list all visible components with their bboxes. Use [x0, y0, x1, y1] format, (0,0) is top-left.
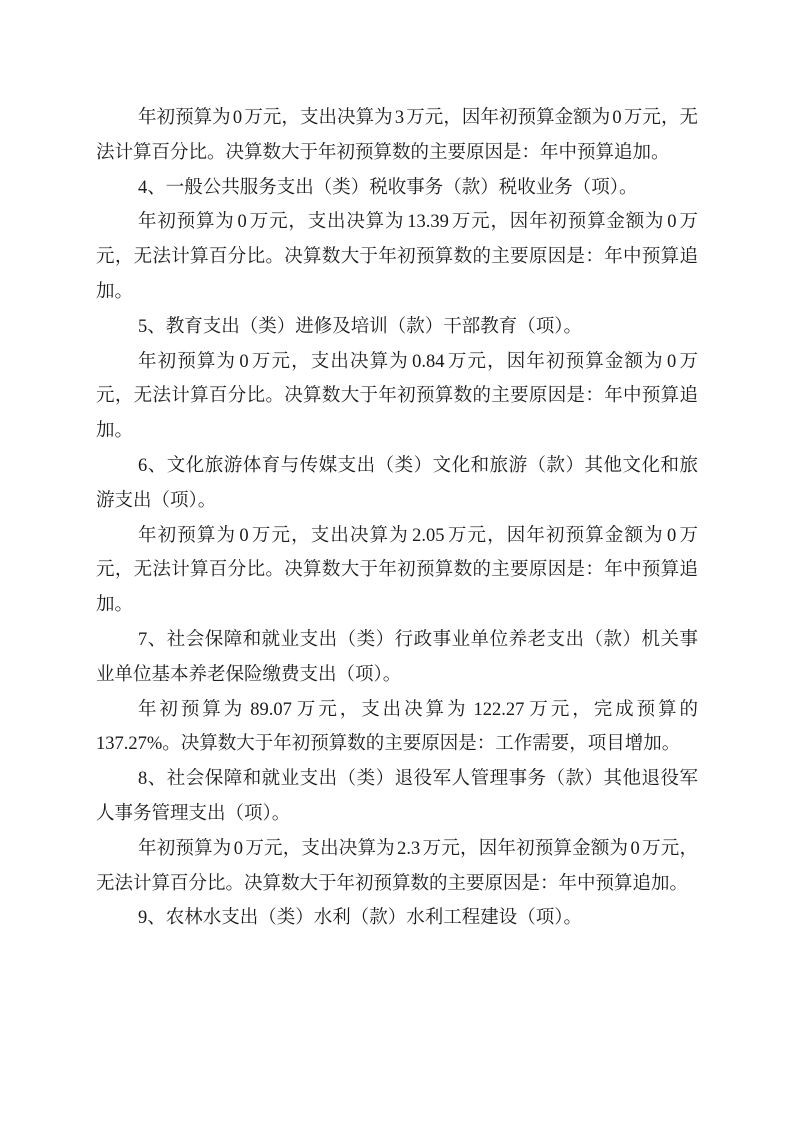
expense-item-heading: 7、社会保障和就业支出（类）行政事业单位养老支出（款）机关事业单位基本养老保险缴… — [96, 623, 698, 693]
budget-detail-paragraph: 年初预算为 0 万元，支出决算为 0.84 万元，因年初预算金额为 0 万元，无… — [96, 345, 698, 449]
budget-detail-paragraph: 年初预算为 0 万元，支出决算为 13.39 万元，因年初预算金额为 0 万元，… — [96, 205, 698, 309]
document-page: 年初预算为 0 万元，支出决算为 3 万元，因年初预算金额为 0 万元，无法计算… — [0, 0, 793, 1122]
budget-detail-paragraph: 年初预算为 0 万元，支出决算为 2.3 万元，因年初预算金额为 0 万元，无法… — [96, 832, 698, 902]
document-body: 年初预算为 0 万元，支出决算为 3 万元，因年初预算金额为 0 万元，无法计算… — [96, 101, 698, 936]
budget-detail-paragraph: 年初预算为 0 万元，支出决算为 2.05 万元，因年初预算金额为 0 万元，无… — [96, 519, 698, 623]
expense-item-heading: 4、一般公共服务支出（类）税收事务（款）税收业务（项）。 — [96, 171, 698, 206]
expense-item-heading: 9、农林水支出（类）水利（款）水利工程建设（项）。 — [96, 901, 698, 936]
budget-detail-paragraph: 年初预算为 0 万元，支出决算为 3 万元，因年初预算金额为 0 万元，无法计算… — [96, 101, 698, 171]
expense-item-heading: 5、教育支出（类）进修及培训（款）干部教育（项）。 — [96, 310, 698, 345]
budget-detail-paragraph: 年初预算为 89.07 万元，支出决算为 122.27 万元，完成预算的 137… — [96, 693, 698, 763]
expense-item-heading: 8、社会保障和就业支出（类）退役军人管理事务（款）其他退役军人事务管理支出（项）… — [96, 762, 698, 832]
expense-item-heading: 6、文化旅游体育与传媒支出（类）文化和旅游（款）其他文化和旅游支出（项）。 — [96, 449, 698, 519]
